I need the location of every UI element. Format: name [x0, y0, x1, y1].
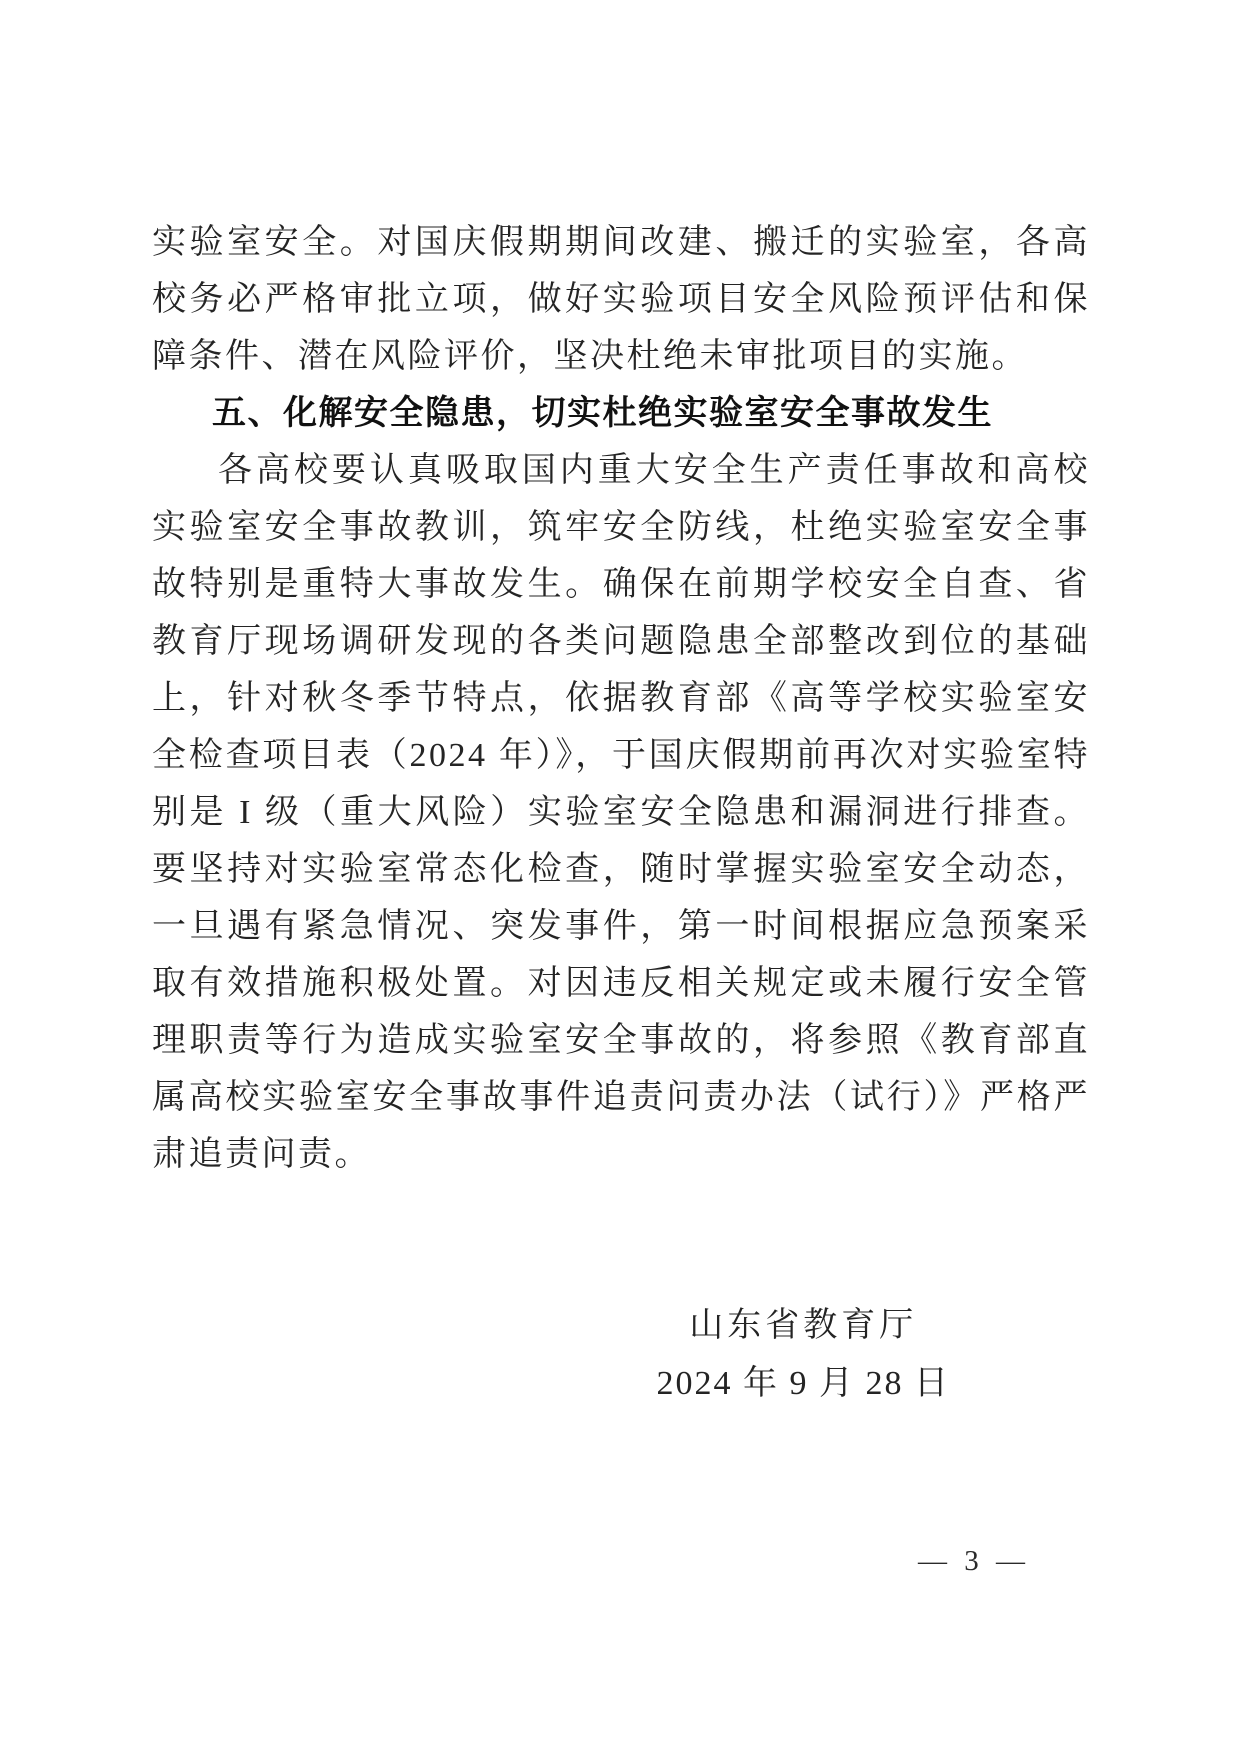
section-body-paragraph: 各高校要认真吸取国内重大安全生产责任事故和高校实验室安全事故教训，筑牢安全防线，… [152, 442, 1090, 1183]
document-page: 实验室安全。对国庆假期期间改建、搬迁的实验室，各高校务必严格审批立项，做好实验项… [0, 0, 1240, 1754]
page-number: — 3 — [918, 1545, 1030, 1577]
document-body: 实验室安全。对国庆假期期间改建、搬迁的实验室，各高校务必严格审批立项，做好实验项… [152, 214, 1090, 1413]
issue-date: 2024 年 9 月 28 日 [657, 1355, 951, 1413]
issuer-name: 山东省教育厅 [657, 1297, 951, 1355]
section-heading: 五、化解安全隐患，切实杜绝实验室安全事故发生 [152, 385, 1090, 442]
paragraph-continuation: 实验室安全。对国庆假期期间改建、搬迁的实验室，各高校务必严格审批立项，做好实验项… [152, 214, 1090, 385]
signature-block: 山东省教育厅 2024 年 9 月 28 日 [657, 1297, 951, 1413]
